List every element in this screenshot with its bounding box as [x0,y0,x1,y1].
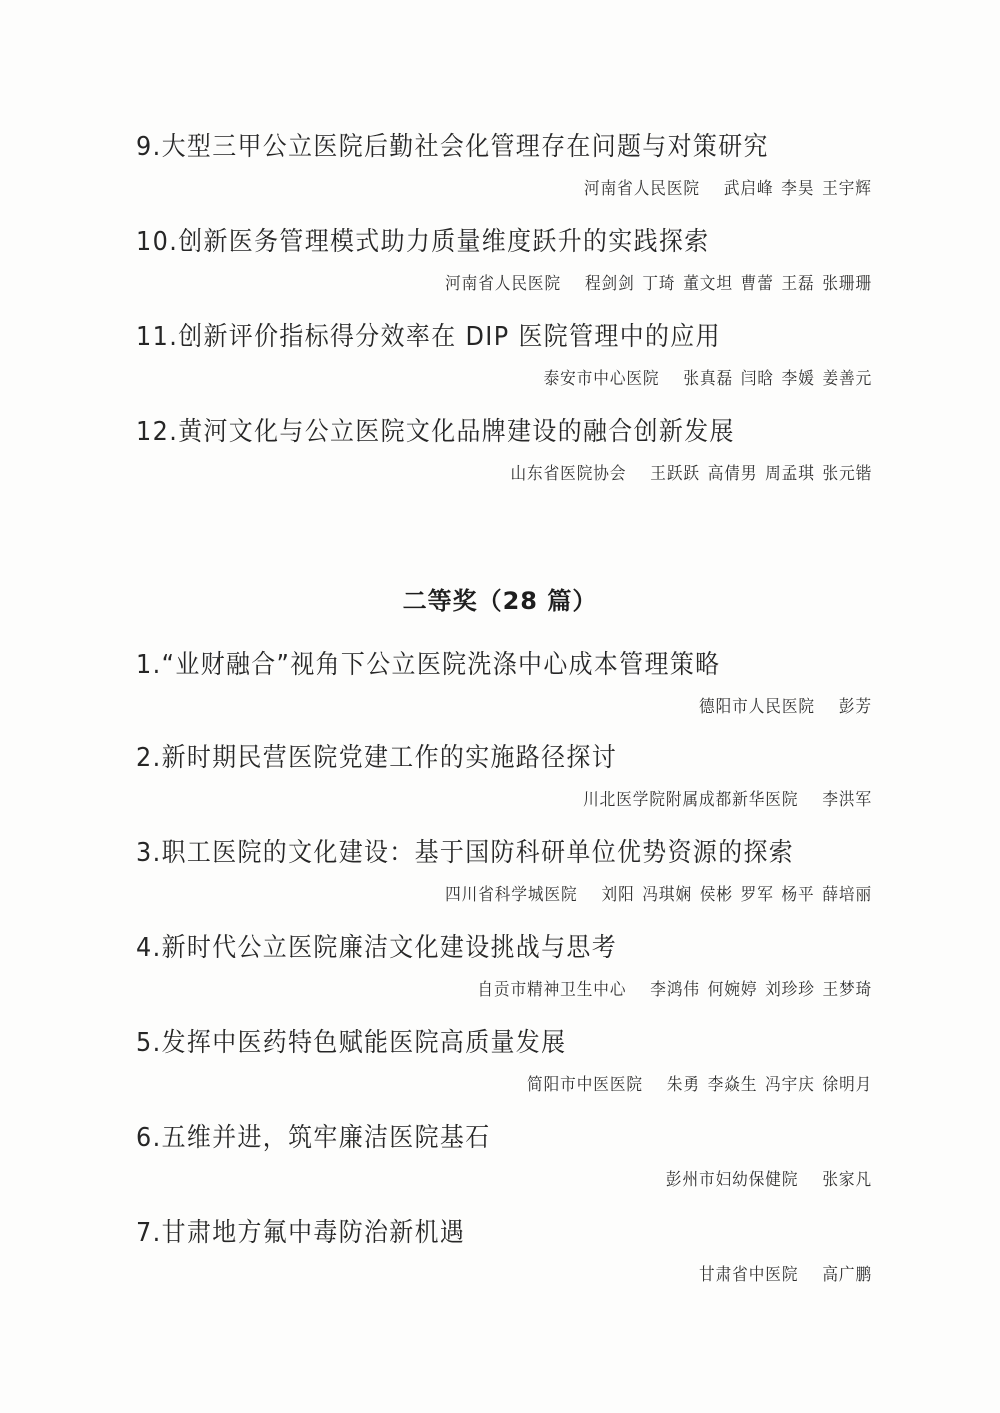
entry-byline: 河南省人民医院程剑剑 丁琦 董文坦 曹蕾 王磊 张珊珊 [445,272,872,296]
entry-title-text: 新时代公立医院廉洁文化建设挑战与思考 [162,933,617,963]
entry-organization: 河南省人民医院 [445,274,561,294]
entry-byline: 河南省人民医院武启峰 李昊 王宇辉 [584,177,872,201]
entry-title-text: 甘肃地方氟中毒防治新机遇 [162,1218,466,1248]
entry-number: 9. [136,132,162,162]
award-entry: 11.创新评价指标得分效率在 DIP 医院管理中的应用 泰安市中心医院张真磊 闫… [136,320,872,354]
award-entry: 10.创新医务管理模式助力质量维度跃升的实践探索 河南省人民医院程剑剑 丁琦 董… [136,225,872,259]
entry-number: 11. [136,322,178,352]
entry-organization: 甘肃省中医院 [699,1265,798,1285]
entry-authors: 刘阳 冯琪娴 侯彬 罗军 杨平 薛培丽 [601,885,872,905]
award-entry: 2.新时期民营医院党建工作的实施路径探讨 川北医学院附属成都新华医院李洪军 [136,741,872,775]
entry-organization: 四川省科学城医院 [445,885,577,905]
entry-number: 6. [136,1123,162,1153]
award-entry: 6.五维并进，筑牢廉洁医院基石 彭州市妇幼保健院张家凡 [136,1121,872,1155]
award-entry: 5.发挥中医药特色赋能医院高质量发展 简阳市中医医院朱勇 李焱生 冯宇庆 徐明月 [136,1026,872,1060]
entry-organization: 彭州市妇幼保健院 [666,1170,798,1190]
entry-organization: 川北医学院附属成都新华医院 [583,790,798,810]
entry-authors: 张真磊 闫晗 李媛 姜善元 [683,369,872,389]
entry-title-text: 新时期民营医院党建工作的实施路径探讨 [162,743,617,773]
entry-title-text: 职工医院的文化建设：基于国防科研单位优势资源的探索 [162,838,795,868]
entry-title-text: 黄河文化与公立医院文化品牌建设的融合创新发展 [178,417,735,447]
entry-title: 6.五维并进，筑牢廉洁医院基石 [136,1121,813,1155]
award-entry: 9.大型三甲公立医院后勤社会化管理存在问题与对策研究 河南省人民医院武启峰 李昊… [136,130,872,164]
entry-number: 3. [136,838,162,868]
entry-authors: 朱勇 李焱生 冯宇庆 徐明月 [667,1075,872,1095]
entry-organization: 河南省人民医院 [584,179,700,199]
entry-title: 2.新时期民营医院党建工作的实施路径探讨 [136,741,813,775]
entry-number: 7. [136,1218,162,1248]
entry-title: 3.职工医院的文化建设：基于国防科研单位优势资源的探索 [136,836,813,870]
entry-title-text: 发挥中医药特色赋能医院高质量发展 [162,1028,567,1058]
entry-organization: 泰安市中心医院 [543,369,659,389]
entry-authors: 武启峰 李昊 王宇辉 [724,179,872,199]
entry-number: 5. [136,1028,162,1058]
entry-title-text: 创新评价指标得分效率在 DIP 医院管理中的应用 [178,322,721,352]
entry-authors: 高广鹏 [822,1265,872,1285]
entry-number: 12. [136,417,178,447]
entry-byline: 彭州市妇幼保健院张家凡 [666,1168,872,1192]
section-heading-second-prize: 二等奖（28 篇） [0,584,1000,618]
entry-organization: 德阳市人民医院 [699,697,815,717]
entry-title: 4.新时代公立医院廉洁文化建设挑战与思考 [136,931,813,965]
entry-byline: 简阳市中医医院朱勇 李焱生 冯宇庆 徐明月 [527,1073,872,1097]
entry-number: 4. [136,933,162,963]
entry-organization: 自贡市精神卫生中心 [477,980,626,1000]
entry-title-text: “业财融合”视角下公立医院洗涤中心成本管理策略 [162,650,721,680]
entry-byline: 川北医学院附属成都新华医院李洪军 [583,788,872,812]
entry-title: 10.创新医务管理模式助力质量维度跃升的实践探索 [136,225,813,259]
entry-byline: 四川省科学城医院刘阳 冯琪娴 侯彬 罗军 杨平 薛培丽 [445,883,872,907]
entry-authors: 李洪军 [822,790,872,810]
entry-number: 10. [136,227,178,257]
entry-authors: 张家凡 [822,1170,872,1190]
entry-number: 2. [136,743,162,773]
entry-byline: 德阳市人民医院彭芳 [699,695,872,719]
entry-authors: 李鸿伟 何婉婷 刘珍珍 王梦琦 [650,980,872,1000]
entry-organization: 简阳市中医医院 [527,1075,643,1095]
award-entry: 12.黄河文化与公立医院文化品牌建设的融合创新发展 山东省医院协会王跃跃 高倩男… [136,415,872,449]
entry-organization: 山东省医院协会 [510,464,626,484]
entry-byline: 山东省医院协会王跃跃 高倩男 周孟琪 张元锴 [510,462,872,486]
document-page: 9.大型三甲公立医院后勤社会化管理存在问题与对策研究 河南省人民医院武启峰 李昊… [0,0,1000,1413]
entry-title-text: 创新医务管理模式助力质量维度跃升的实践探索 [178,227,709,257]
entry-authors: 王跃跃 高倩男 周孟琪 张元锴 [650,464,872,484]
award-entry: 4.新时代公立医院廉洁文化建设挑战与思考 自贡市精神卫生中心李鸿伟 何婉婷 刘珍… [136,931,872,965]
award-entry: 1.“业财融合”视角下公立医院洗涤中心成本管理策略 德阳市人民医院彭芳 [136,648,872,682]
entry-authors: 彭芳 [839,697,872,717]
entry-title: 11.创新评价指标得分效率在 DIP 医院管理中的应用 [136,320,813,354]
award-entry: 3.职工医院的文化建设：基于国防科研单位优势资源的探索 四川省科学城医院刘阳 冯… [136,836,872,870]
entry-byline: 自贡市精神卫生中心李鸿伟 何婉婷 刘珍珍 王梦琦 [477,978,872,1002]
entry-title-text: 大型三甲公立医院后勤社会化管理存在问题与对策研究 [162,132,769,162]
entry-byline: 泰安市中心医院张真磊 闫晗 李媛 姜善元 [543,367,872,391]
entry-byline: 甘肃省中医院高广鹏 [699,1263,872,1287]
entry-title: 1.“业财融合”视角下公立医院洗涤中心成本管理策略 [136,648,813,682]
entry-title: 9.大型三甲公立医院后勤社会化管理存在问题与对策研究 [136,130,813,164]
entry-title-text: 五维并进，筑牢廉洁医院基石 [162,1123,491,1153]
entry-authors: 程剑剑 丁琦 董文坦 曹蕾 王磊 张珊珊 [585,274,872,294]
entry-title: 7.甘肃地方氟中毒防治新机遇 [136,1216,813,1250]
entry-title: 12.黄河文化与公立医院文化品牌建设的融合创新发展 [136,415,813,449]
award-entry: 7.甘肃地方氟中毒防治新机遇 甘肃省中医院高广鹏 [136,1216,872,1250]
entry-title: 5.发挥中医药特色赋能医院高质量发展 [136,1026,813,1060]
entry-number: 1. [136,650,162,680]
